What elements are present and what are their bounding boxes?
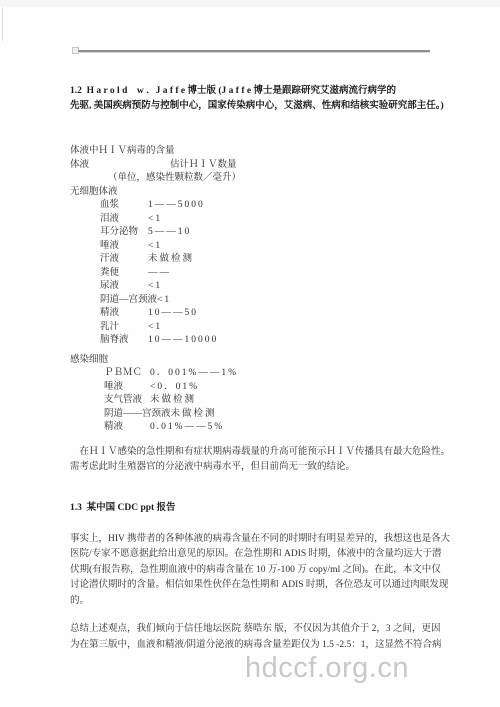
fluid-row: 尿液 <1: [70, 280, 452, 294]
fluid-label: 乳汁: [100, 321, 148, 335]
fluid-label: 唾液: [104, 381, 150, 395]
fluid-label: 阴道——宫颈液: [104, 408, 171, 422]
infected-cells-list: ＰＢＭＣ 0．001%——1% 唾液 <0．01% 支气管液 未做检测: [70, 367, 452, 435]
document-page: 1.2 H a r o l d w ．J a f f e 博士版 (J a f …: [0, 0, 500, 707]
fluid-row: 精液 10——50: [70, 307, 452, 321]
column-fluid: 体液: [70, 159, 170, 173]
fluid-row: 唾液 <1: [70, 240, 452, 254]
fluid-label: 脑脊液: [100, 334, 148, 348]
fluid-value: 未做检测: [148, 253, 194, 267]
cellfree-fluid-list: 血浆 1——5000 泪液 <1 耳分泌物 5——10 唾液: [70, 199, 452, 348]
fluid-value: 10——10000: [148, 334, 218, 348]
fluid-row: 耳分泌物 5——10: [70, 226, 452, 240]
fluid-label: 唾液: [100, 240, 148, 254]
fluid-value: 0．001%——1%: [150, 367, 238, 381]
fluid-value: <1: [148, 213, 162, 227]
watermark: hdccf.org.cn: [245, 652, 409, 685]
fluid-value: <1: [148, 240, 162, 254]
fluid-value: 1——5000: [148, 199, 205, 213]
column-estimate: 估计ＨＩＶ数量: [170, 159, 237, 173]
fluid-label: 支气管液: [104, 394, 150, 408]
fluid-label: 血浆: [100, 199, 148, 213]
document-content: 1.2 H a r o l d w ．J a f f e 博士版 (J a f …: [70, 0, 452, 653]
fluid-value: <0．01%: [150, 381, 199, 395]
fluid-label: 粪便: [100, 267, 148, 281]
fluid-row: 泪液 <1: [70, 213, 452, 227]
section-1-3-heading: 1.3 某中国 CDC ppt 报告: [70, 501, 452, 516]
risk-paragraph: 在ＨＩＶ感染的急性期和有症状期病毒载量的升高可能预示ＨＩＶ传播具有最大危险性。 …: [70, 445, 452, 476]
fluid-label: 汗液: [100, 253, 148, 267]
fluid-row: 血浆 1——5000: [70, 199, 452, 213]
fluid-value: <1: [148, 280, 162, 294]
table-title: 体液中ＨＩＶ病毒的含量: [70, 145, 452, 159]
cdc-paragraph-1: 事实上，HIV 携带者的各种体液的病毒含量在不同的时期时有明显差异的，我想这也是…: [70, 532, 452, 610]
fluid-label: ＰＢＭＣ: [104, 367, 150, 381]
fluid-value: 未做检测: [171, 408, 217, 422]
fluid-row: 精液 0.01%——5%: [70, 421, 452, 435]
section-1-2-heading: 1.2 H a r o l d w ．J a f f e 博士版 (J a f …: [70, 84, 452, 114]
viral-load-table: 体液中ＨＩＶ病毒的含量 体液 估计ＨＩＶ数量 （单位，感染性颗粒数／毫升） 无细…: [70, 145, 452, 435]
fluid-row: 脑脊液 10——10000: [70, 334, 452, 348]
fluid-row: 汗液 未做检测: [70, 253, 452, 267]
fluid-value: ——: [148, 267, 171, 281]
fluid-row: 支气管液 未做检测: [70, 394, 452, 408]
fluid-value: 5——10: [148, 226, 191, 240]
fluid-row: 阴道—宫颈液 <1: [70, 294, 452, 308]
fluid-row: 唾液 <0．01%: [70, 381, 452, 395]
fluid-value: <1: [148, 321, 162, 335]
fluid-label: 尿液: [100, 280, 148, 294]
fluid-value: 0.01%——5%: [150, 421, 224, 435]
cdc-paragraph-2: 总结上述观点，我们倾向于信任地坛医院 蔡晧东 版，不仅因为其值介于 2，3 之间…: [70, 622, 452, 653]
unit-note: （单位，感染性颗粒数／毫升）: [108, 172, 452, 186]
fluid-value: 10——50: [148, 307, 198, 321]
fluid-label: 阴道—宫颈液: [100, 294, 157, 308]
fluid-value: <1: [157, 294, 171, 308]
fluid-label: 精液: [100, 307, 148, 321]
table-header-row: 体液 估计ＨＩＶ数量: [70, 159, 452, 173]
fluid-label: 泪液: [100, 213, 148, 227]
fluid-row: 乳汁 <1: [70, 321, 452, 335]
scan-edge-left: [2, 7, 3, 41]
cellfree-heading: 无细胞体液: [70, 186, 452, 200]
fluid-row: 粪便 ——: [70, 267, 452, 281]
fluid-row: 阴道——宫颈液 未做检测: [70, 408, 452, 422]
fluid-row: ＰＢＭＣ 0．001%——1%: [70, 367, 452, 381]
fluid-label: 耳分泌物: [100, 226, 148, 240]
infected-cells-heading: 感染细胞: [70, 354, 452, 368]
fluid-label: 精液: [104, 421, 150, 435]
fluid-value: 未做检测: [150, 394, 196, 408]
